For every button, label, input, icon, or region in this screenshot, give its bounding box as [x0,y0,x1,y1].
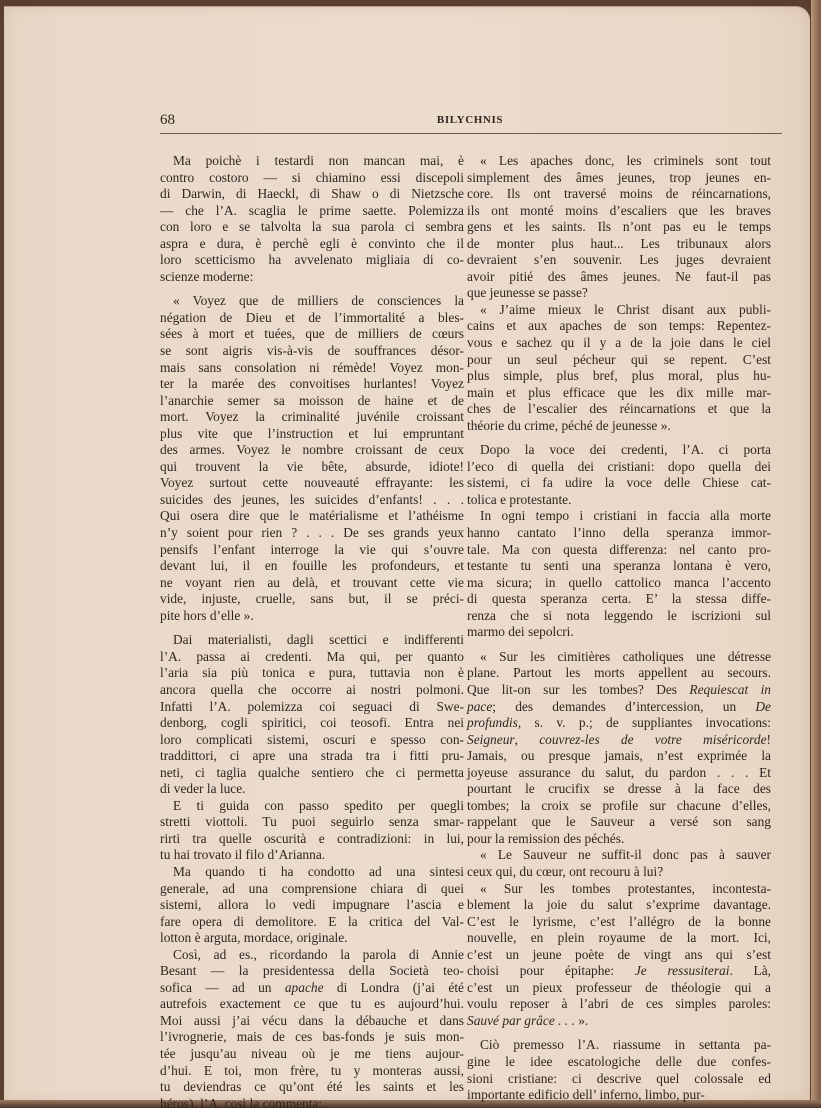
text-line: « Voyez que de milliers de consciences l… [160,293,464,310]
text-line: devant lui, il en fouille les profondeur… [160,558,464,575]
text-line: mort. Voyez la criminalité juvénile croi… [160,409,464,426]
text-line: Dai materialisti, dagli scettici e indif… [160,632,464,649]
italic-text: Seigneur [467,732,515,747]
italic-text: Sauvé par grâce . . . [467,1013,575,1028]
text-line: E ti guida con passo spedito per quegli [160,798,464,815]
text-line: Ciò premesso l’A. riassume in settanta p… [467,1037,771,1054]
paragraph: « Les apaches donc, les criminels sont t… [467,153,771,302]
text-line: di Darwin, di Haeckl, di Shaw o di Nietz… [160,186,464,203]
text-line: que jeunesse se passe? [467,285,771,302]
paragraph: Così, ad es., ricordando la parola di An… [160,947,464,1108]
text-line: Jamais, ou presque jamais, n’est exprimé… [467,748,771,765]
text-line: rappelant que le Sauveur a versé son san… [467,814,771,831]
text-line: sées à mort et tuées, que de milliers de… [160,326,464,343]
text-line: c’est un jeune poète de vingt ans qui s’… [467,947,771,964]
text-line: di questa speranza certa. E’ la stessa d… [467,591,771,608]
paragraph: « Sur les cimitières catholiques une dét… [467,649,771,848]
text-line: l’anarchie semer sa moisson de haine et … [160,393,464,410]
text-line: loro scetticismo ha avvelenato migliaia … [160,252,464,269]
paragraph: « Sur les tombes protestantes, incontest… [467,881,771,1030]
paragraph: « J’aime mieux le Christ disant aux publ… [467,302,771,434]
text-line: nouvelle, en plein royaume de la mort. I… [467,930,771,947]
text-line: gens et les saints. Ils n’ont pas eu le … [467,219,771,236]
text-line: pour un seul pécheur qui se repent. C’es… [467,352,771,369]
text-line: « Sur les tombes protestantes, incontest… [467,881,771,898]
text-line: qui trouvent la vie bête, absurde, idiot… [160,459,464,476]
text-line: C’est le lyrisme, c’est l’allégro de la … [467,914,771,931]
paragraph: In ogni tempo i cristiani in faccia alla… [467,508,771,640]
text-line: suicides des jeunes, les suicides d’enfa… [160,492,464,509]
text-line: Così, ad es., ricordando la parola di An… [160,947,464,964]
text-line: blement la joie du salut s’exprime davan… [467,897,771,914]
text-line: « J’aime mieux le Christ disant aux publ… [467,302,771,319]
paragraph: « Voyez que de milliers de consciences l… [160,293,464,624]
text-line: lotton è arguta, mordace, originale. [160,930,464,947]
running-head: 68 BILYCHNIS [160,110,780,132]
text-line: ma sicura; in quello cattolico manca l’a… [467,575,771,592]
paragraph: « Le Sauveur ne suffit-il donc pas à sau… [467,847,771,880]
paragraph: Dopo la voce dei credenti, l’A. ci porta… [467,442,771,508]
text-line: traddittori, ci apre una strada tra i fi… [160,748,464,765]
text-line: Infatti l’A. polemizza coi seguaci di Sw… [160,699,464,716]
text-line: pace; des demandes d’intercession, un De [467,699,771,716]
text-line: ches de l’escalier des réincarnations et… [467,401,771,418]
text-line: vide, injuste, cruelle, sans but, il se … [160,591,464,608]
text-line: théorie du crime, péché de jeunesse ». [467,418,771,435]
text-line: denborg, cogli spiritici, coi teosofi. E… [160,715,464,732]
text-line: In ogni tempo i cristiani in faccia alla… [467,508,771,525]
text-line: « Le Sauveur ne suffit-il donc pas à sau… [467,847,771,864]
italic-text: Je ressusiterai [635,963,730,978]
text-line: Que lit-on sur les tombes? Des Requiesca… [467,682,771,699]
text-line: core. Ils ont traversé moins de réincarn… [467,186,771,203]
text-line: mais sans consolation ni rémède! Voyez m… [160,360,464,377]
text-line: tu deviendras ce qu’ont été les saints e… [160,1079,464,1096]
text-line: n’y soient pour rien ? . . . De ses gran… [160,525,464,542]
text-line: — che l’A. scaglia le prime saette. Pole… [160,203,464,220]
text-line: l’ivrognerie, mais de ces bas-fonds je s… [160,1029,464,1046]
text-line: main et plus efficace que les dix mille … [467,385,771,402]
paragraph: Dai materialisti, dagli scettici e indif… [160,632,464,797]
text-line: rirti tra quelle oscurità e contradizion… [160,831,464,848]
text-line: l’A. passa ai credenti. Ma qui, per quan… [160,649,464,666]
paragraph: Ma quando ti ha condotto ad una sintesig… [160,864,464,947]
text-line: loro complicati sistemi, oscuri e spesso… [160,732,464,749]
text-line: plane. Partout les morts appellent au se… [467,665,771,682]
text-line: profundis, s. v. p.; de suppliantes invo… [467,715,771,732]
text-line: ancora quella che occorre ai nostri polm… [160,682,464,699]
text-line: pite hors d’elle ». [160,608,464,625]
text-line: generale, ad una comprensione chiara di … [160,881,464,898]
text-line: Besant — la presidentessa della Società … [160,963,464,980]
italic-text: De [755,699,771,714]
text-line: Voyez surtout cette nouveauté effrayante… [160,475,464,492]
text-line: Sauvé par grâce . . . ». [467,1013,771,1030]
paragraph: Ciò premesso l’A. riassume in settanta p… [467,1037,771,1103]
text-line: tale. Ma con questa differenza: nel cant… [467,542,771,559]
text-line: ne voyant rien au delà, et trouvant cett… [160,575,464,592]
text-line: de monter plus haut... Les tribunaux alo… [467,236,771,253]
text-line: Seigneur, couvrez-les de votre miséricor… [467,732,771,749]
text-line: joyeuse assurance du salut, du pardon . … [467,765,771,782]
text-line: c’est un pieux professeur de théologie q… [467,980,771,997]
text-line: Qui osera dire que le matérialisme et l’… [160,508,464,525]
text-line: testante tu senti una speranza lontana è… [467,558,771,575]
text-line: vous e sachez qu il y a de la joie dans … [467,335,771,352]
text-line: aspra e dura, è perchè egli è convinto c… [160,236,464,253]
italic-text: couvrez-les de votre miséricorde [539,732,766,747]
text-line: ils ont monté moins d’escaliers que les … [467,203,771,220]
text-line: marmo dei sepolcri. [467,624,771,641]
italic-text: pace [467,699,492,714]
journal-title: BILYCHNIS [160,114,780,126]
italic-text: profundis [467,715,518,730]
text-line: stretti viottoli. Tu puoi seguirlo senza… [160,814,464,831]
header-rule [160,133,782,134]
text-line: contro costoro — si chiamino essi discep… [160,170,464,187]
text-line: pensifs l’enfant interroge la vie qui s’… [160,542,464,559]
text-line: gine le idee escatologiche delle due con… [467,1054,771,1071]
paragraph: E ti guida con passo spedito per queglis… [160,798,464,864]
book-edge-right [811,0,821,1108]
text-line: importante edificio dell’ inferno, limbo… [467,1087,771,1104]
text-line: ter la marée des convoitises hurlantes! … [160,376,464,393]
text-line: « Sur les cimitières catholiques une dét… [467,649,771,666]
italic-text: apache [285,980,324,995]
text-line: se sont aigris vis-à-vis de souffrances … [160,343,464,360]
text-line: Ma poichè i testardi non mancan mai, è [160,153,464,170]
paragraph: Ma poichè i testardi non mancan mai, èco… [160,153,464,285]
text-line: héros), l’A. così la commenta: [160,1096,464,1108]
text-line: simplement des âmes jeunes, trop jeunes … [467,170,771,187]
text-line: l’eco di quella dei cristiani: dopo quel… [467,459,771,476]
text-line: di veder la luce. [160,781,464,798]
text-line: con loro e se talvolta la sua parola ci … [160,219,464,236]
text-line: plus simple, plus bref, plus moral, plus… [467,368,771,385]
right-text-column: « Les apaches donc, les criminels sont t… [467,153,771,1104]
text-line: neti, ci taglia qualche sentiero che ci … [160,765,464,782]
text-line: tu hai trovato il filo d’Arianna. [160,847,464,864]
text-line: pour la remission des péchés. [467,831,771,848]
text-line: ceux qui, du cœur, ont recouru à lui? [467,864,771,881]
text-line: pourtant le crucifix se dresse à la face… [467,781,771,798]
text-line: hanno cantato l’inno della speranza immo… [467,525,771,542]
text-line: scienze moderne: [160,269,464,286]
text-line: tée jusqu’au niveau où je me tiens aujou… [160,1046,464,1063]
text-line: « Les apaches donc, les criminels sont t… [467,153,771,170]
text-line: fare opera di demolitore. E la critica d… [160,914,464,931]
text-line: renza che si nota leggendo le iscrizioni… [467,608,771,625]
text-line: tolica e protestante. [467,492,771,509]
text-line: voulu reposer à l’abri de ces simples pa… [467,996,771,1013]
text-line: devraient s’en souvenir. Les juges devra… [467,252,771,269]
text-line: des armes. Voyez le nombre croissant de … [160,442,464,459]
text-line: d’hui. E toi, mon frère, tu y monteras a… [160,1063,464,1080]
text-line: Dopo la voce dei credenti, l’A. ci porta [467,442,771,459]
italic-text: Requiescat in [689,682,771,697]
text-line: sistemi, allora lo vedi impugnare l’asci… [160,897,464,914]
text-line: sofica — ad un apache di Londra (j’ai ét… [160,980,464,997]
text-line: sistemi, ci fa udire la voce delle Chies… [467,475,771,492]
text-line: Ma quando ti ha condotto ad una sintesi [160,864,464,881]
text-line: cains et aux apaches de son temps: Repen… [467,318,771,335]
text-line: autrefois exactement ce que tu es aujour… [160,996,464,1013]
text-line: avoir pitié des âmes jeunes. Ne faut-il … [467,269,771,286]
text-line: négation de Dieu et de l’immortalité a b… [160,310,464,327]
text-line: choisi pour épitaphe: Je ressusiterai. L… [467,963,771,980]
left-text-column: Ma poichè i testardi non mancan mai, èco… [160,153,464,1108]
text-line: tombes; la croix se profile sur chacune … [467,798,771,815]
text-line: sioni cristiane: ci descrive quel coloss… [467,1071,771,1088]
text-line: l’aria sia più tonica e pura, tuttavia n… [160,665,464,682]
text-line: plus vite que l’instruction et lui empru… [160,426,464,443]
text-line: Moi aussi j’ai vécu dans la débauche et … [160,1013,464,1030]
